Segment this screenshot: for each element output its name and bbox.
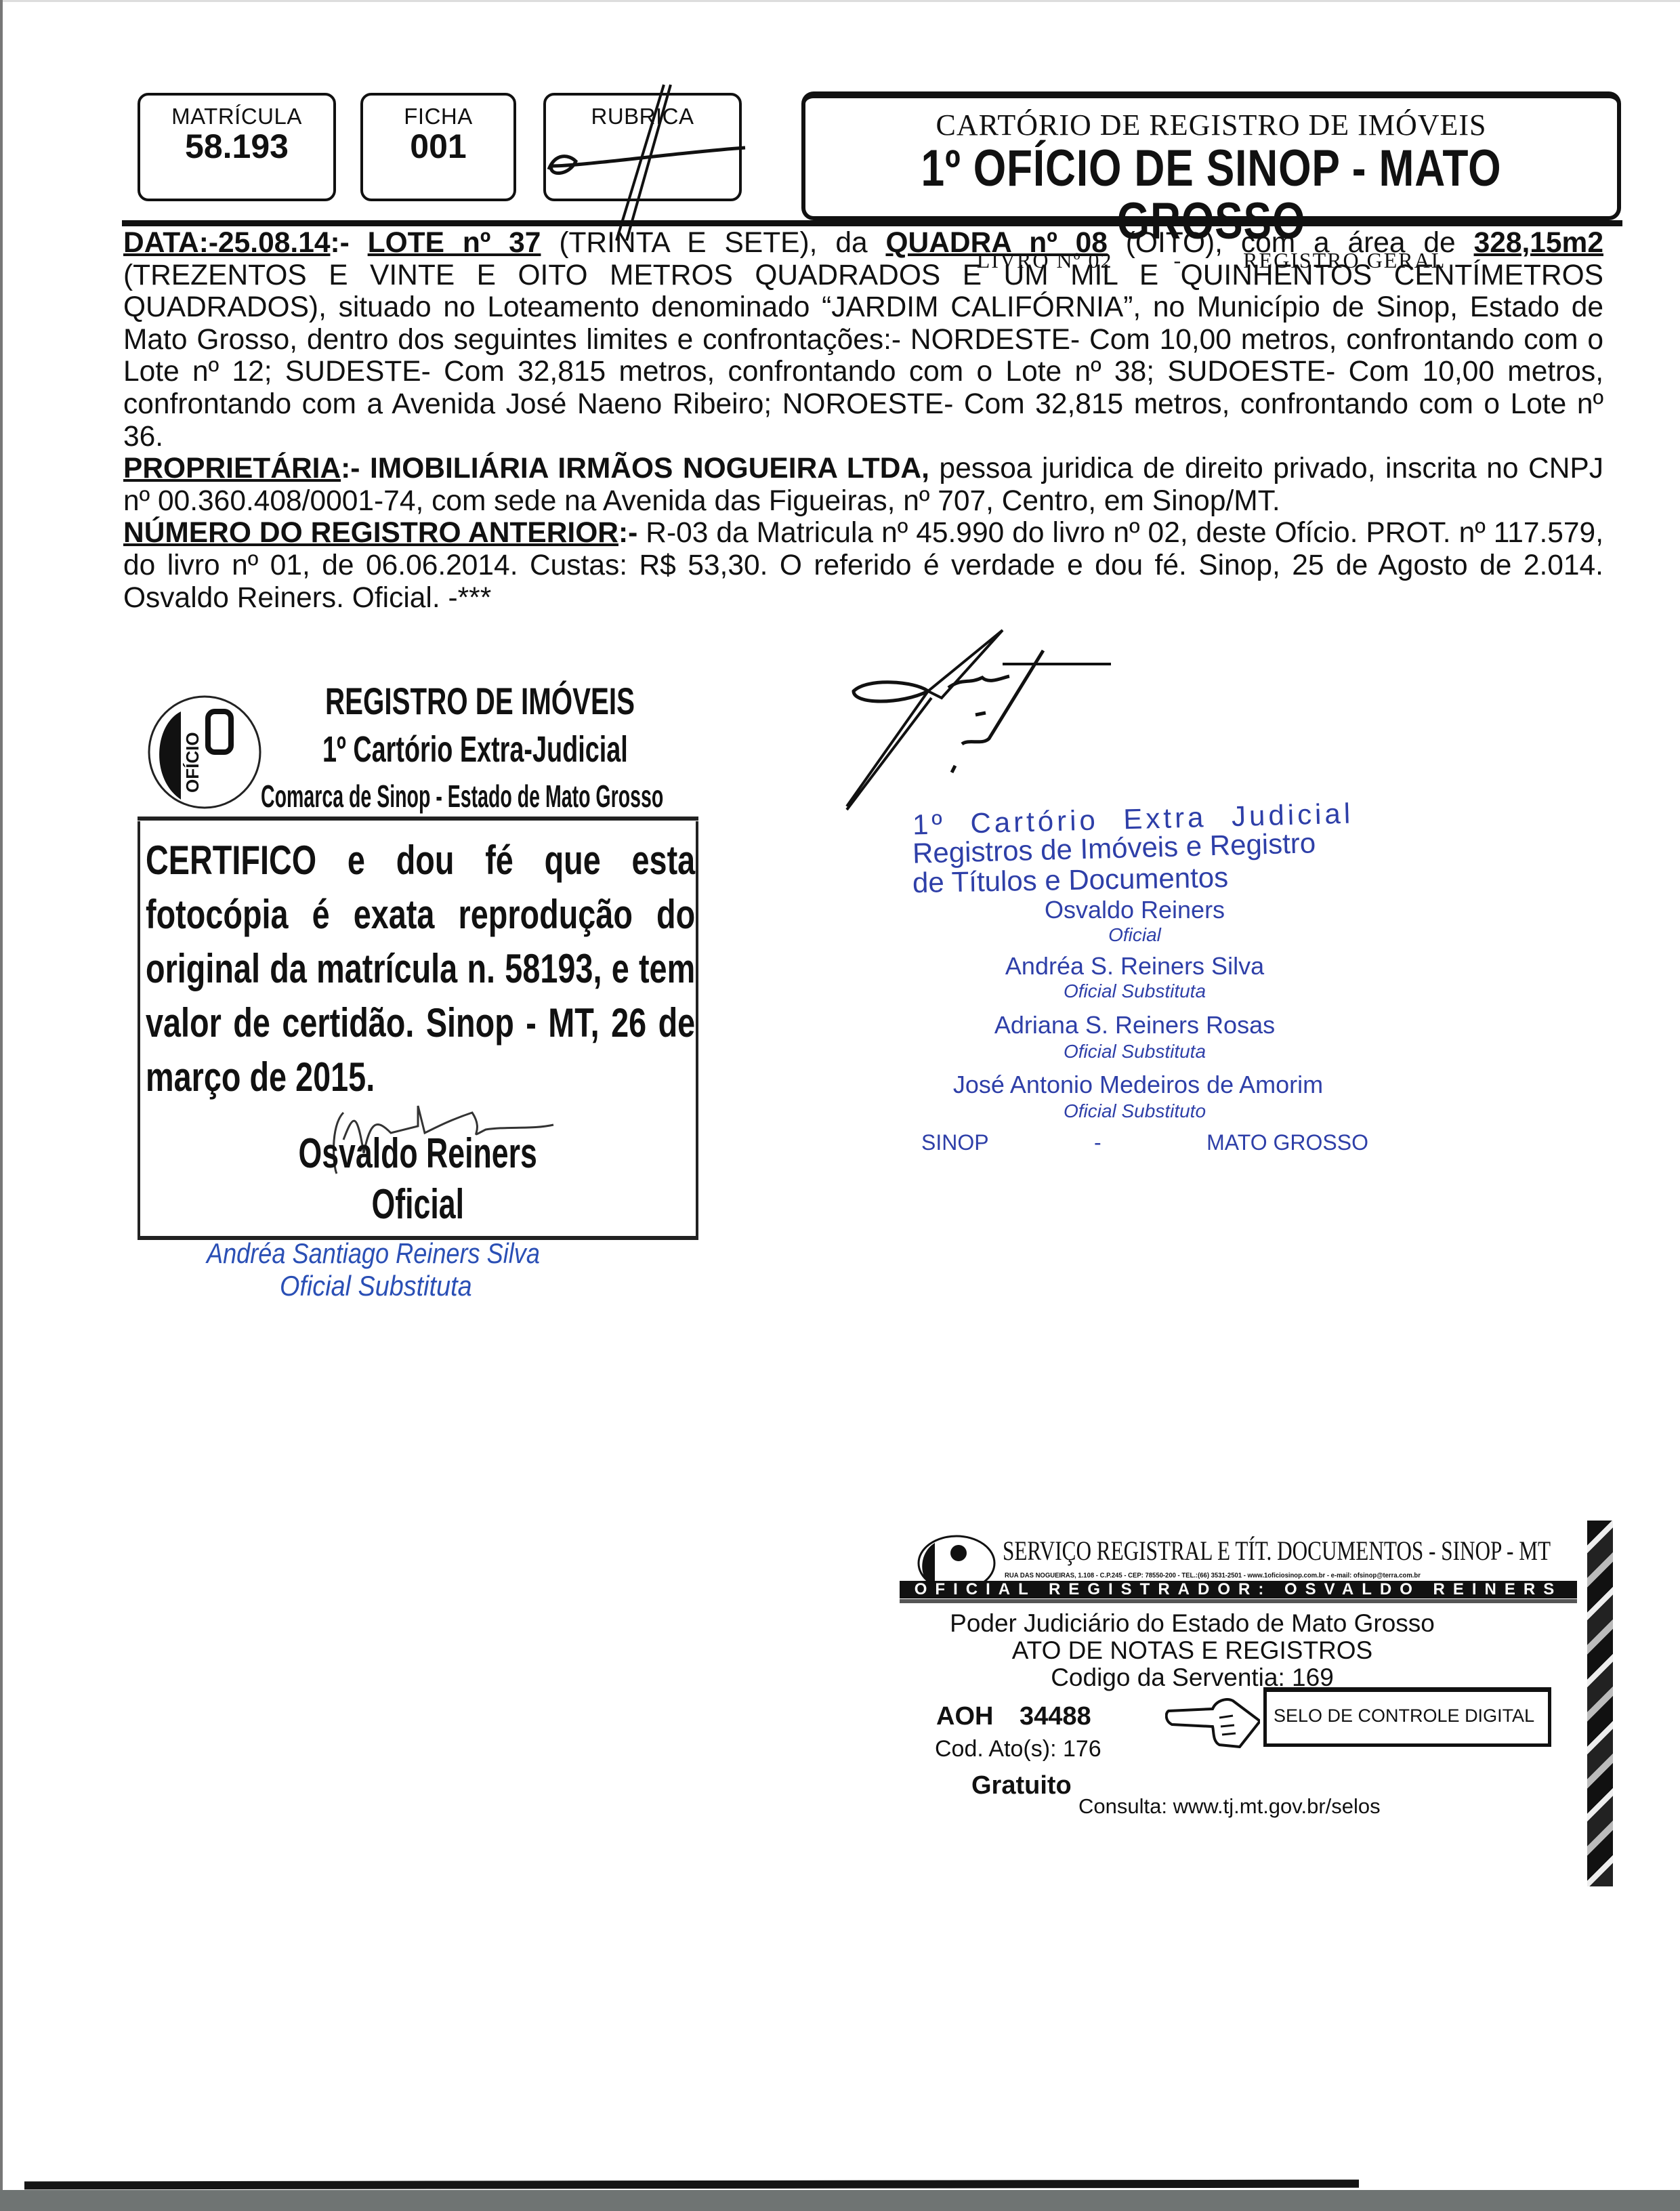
owner-name: IMOBILIÁRIA IRMÃOS NOGUEIRA LTDA, xyxy=(370,453,929,484)
date-label: DATA:-25.08.14 xyxy=(123,227,330,259)
certificate-text: CERTIFICO e dou fé que esta fotocópia é … xyxy=(146,833,695,1104)
officer-name: Osvaldo Reiners xyxy=(945,896,1324,924)
owner-sep: :- xyxy=(341,453,370,484)
consulta-url: Consulta: www.tj.mt.gov.br/selos xyxy=(1078,1794,1381,1819)
svg-text:OFÍCIO: OFÍCIO xyxy=(182,732,203,793)
scan-edge-left xyxy=(0,0,3,2211)
substitute-name: Andréa Santiago Reiners Silva xyxy=(207,1237,540,1270)
seal-line1: Poder Judiciário do Estado de Mato Gross… xyxy=(894,1610,1490,1637)
previous-paragraph: NÚMERO DO REGISTRO ANTERIOR:- R-03 da Ma… xyxy=(123,517,1603,614)
certifier-role: Oficial xyxy=(140,1180,696,1228)
certifier-name: Osvaldo Reiners xyxy=(140,1130,696,1178)
stamp-rule xyxy=(138,817,698,821)
seal-address: RUA DAS NOGUEIRAS, 1.108 - C.P.245 - CEP… xyxy=(1005,1572,1421,1579)
owner-label: PROPRIETÁRIA xyxy=(123,453,341,484)
seal-line2: ATO DE NOTAS E REGISTROS xyxy=(894,1637,1490,1664)
substitute-role: Oficial Substituta xyxy=(280,1270,472,1302)
lote-label: LOTE nº 37 xyxy=(368,227,541,259)
selo-controle-box: SELO DE CONTROLE DIGITAL xyxy=(1263,1687,1551,1747)
officer-role: Oficial Substituta xyxy=(945,980,1324,1002)
quadra-label: QUADRA nº 08 xyxy=(885,227,1107,259)
ficha-box: FICHA 001 xyxy=(360,93,516,201)
office-title-box: CARTÓRIO DE REGISTRO DE IMÓVEIS 1º OFÍCI… xyxy=(801,91,1621,220)
pointing-hand-icon xyxy=(1165,1694,1260,1748)
matricula-value: 58.193 xyxy=(140,127,333,166)
fee-label: Gratuito xyxy=(971,1771,1072,1800)
area-label: 328,15m2 xyxy=(1474,227,1603,259)
previous-sep: :- xyxy=(618,517,646,549)
property-description: (TREZENTOS E VINTE E OITO METROS QUADRAD… xyxy=(123,260,1603,453)
blue-stamp-location: SINOP - MATO GROSSO xyxy=(921,1130,1368,1155)
lote-text: (TRINTA E SETE), da xyxy=(541,227,885,259)
seal-security-strip xyxy=(1587,1521,1613,1886)
date-sep: :- xyxy=(330,227,367,259)
ficha-value: 001 xyxy=(363,127,513,166)
quadra-text: (OITO), com a área de xyxy=(1108,227,1474,259)
stamp-comarca: Comarca de Sinop - Estado de Mato Grosso xyxy=(261,778,663,814)
rubrica-signature-icon xyxy=(542,81,759,244)
scan-bottom-edge xyxy=(0,2190,1680,2211)
registration-text: DATA:-25.08.14:- LOTE nº 37 (TRINTA E SE… xyxy=(123,227,1603,614)
scan-edge-top xyxy=(0,0,1680,2)
location-city: SINOP xyxy=(921,1130,989,1155)
oficio-logo-icon: OFÍCIO xyxy=(140,691,262,813)
ficha-label: FICHA xyxy=(363,104,513,129)
officer-signature-icon xyxy=(833,623,1118,827)
stamp-subtitle: 1º Cartório Extra-Judicial xyxy=(322,728,628,770)
registrar-bar: OFICIAL REGISTRADOR: OSVALDO REINERS xyxy=(900,1581,1577,1598)
owner-paragraph: PROPRIETÁRIA:- IMOBILIÁRIA IRMÃOS NOGUEI… xyxy=(123,453,1603,517)
seal-header: SERVIÇO REGISTRAL E TÍT. DOCUMENTOS - SI… xyxy=(1003,1535,1551,1567)
previous-label: NÚMERO DO REGISTRO ANTERIOR xyxy=(123,517,618,549)
blue-stamp-line3: de Títulos e Documentos xyxy=(912,861,1229,899)
officer-role: Oficial xyxy=(945,924,1324,946)
matricula-box: MATRÍCULA 58.193 xyxy=(138,93,336,201)
officer-name: José Antonio Medeiros de Amorim xyxy=(921,1071,1355,1099)
stamp-title: REGISTRO DE IMÓVEIS xyxy=(325,679,635,723)
officer-name: Andréa S. Reiners Silva xyxy=(945,952,1324,980)
header-rule xyxy=(122,220,1622,226)
registrar-bar-rule xyxy=(900,1599,1577,1603)
officer-role: Oficial Substituta xyxy=(945,1041,1324,1062)
certificate-box: CERTIFICO e dou fé que esta fotocópia é … xyxy=(138,821,698,1240)
property-paragraph: DATA:-25.08.14:- LOTE nº 37 (TRINTA E SE… xyxy=(123,227,1603,453)
officer-role: Oficial Substituto xyxy=(945,1100,1324,1122)
cod-ato: Cod. Ato(s): 176 xyxy=(935,1736,1101,1762)
matricula-label: MATRÍCULA xyxy=(140,104,333,129)
location-state: MATO GROSSO xyxy=(1206,1130,1368,1155)
location-sep: - xyxy=(1094,1130,1101,1155)
scan-bottom-bar xyxy=(24,2180,1359,2190)
selo-code: AOH 34488 xyxy=(936,1702,1091,1731)
office-line1: CARTÓRIO DE REGISTRO DE IMÓVEIS xyxy=(805,108,1617,142)
officer-name: Adriana S. Reiners Rosas xyxy=(945,1011,1324,1039)
